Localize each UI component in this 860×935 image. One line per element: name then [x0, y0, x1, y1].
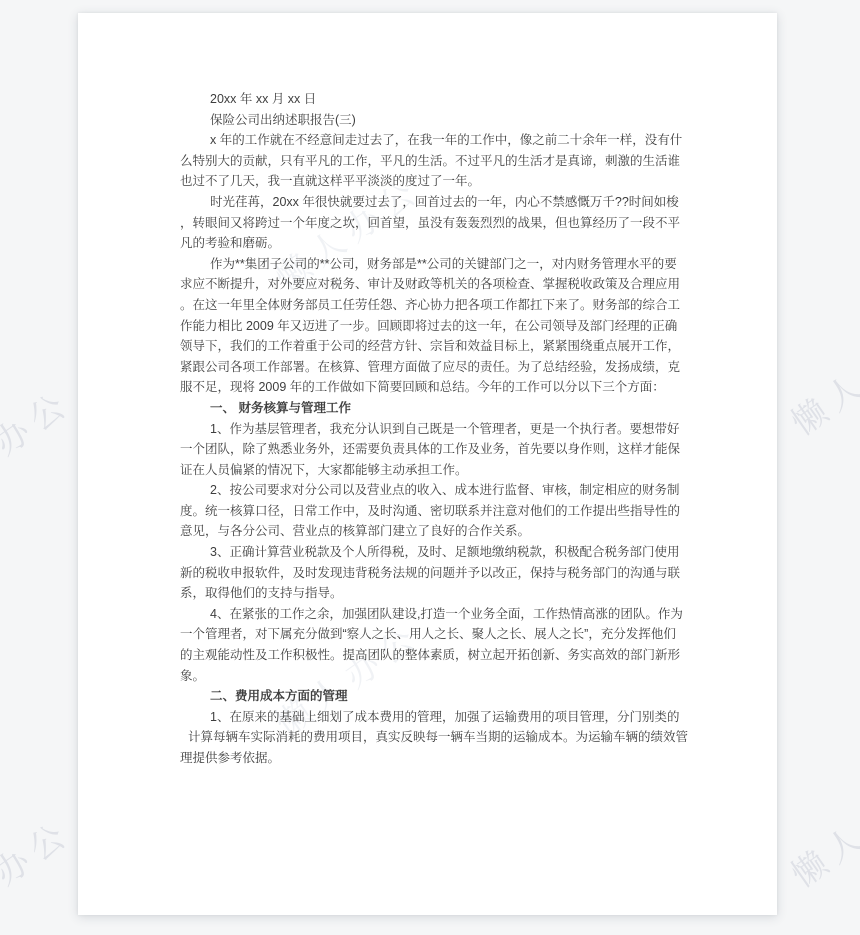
paragraph: 时光荏苒，20xx 年很快就要过去了，回首过去的一年，内心不禁感慨万千??时间如… — [180, 192, 688, 254]
paragraph: x 年的工作就在不经意间走过去了，在我一年的工作中，像之前二十余年一样，没有什么… — [180, 130, 688, 192]
paragraph: 保险公司出纳述职报告(三) — [180, 110, 688, 131]
document-body: 20xx 年 xx 月 xx 日保险公司出纳述职报告(三)x 年的工作就在不经意… — [180, 89, 688, 769]
document-page: 懒人办公 懒人办公 20xx 年 xx 月 xx 日保险公司出纳述职报告(三)x… — [78, 13, 777, 915]
paragraph: 作为**集团子公司的**公司，财务部是**公司的关键部门之一，对内财务管理水平的… — [180, 254, 688, 398]
paragraph: 4、在紧张的工作之余，加强团队建设,打造一个业务全面，工作热情高涨的团队。作为一… — [180, 604, 688, 686]
paragraph: 2、按公司要求对分公司以及营业点的收入、成本进行监督、审核，制定相应的财务制度。… — [180, 480, 688, 542]
paragraph: 1、作为基层管理者，我充分认识到自己既是一个管理者，更是一个执行者。要想带好一个… — [180, 419, 688, 481]
section-heading: 一、 财务核算与管理工作 — [180, 398, 688, 419]
paragraph: 3、正确计算营业税款及个人所得税，及时、足额地缴纳税款，积极配合税务部门使用新的… — [180, 542, 688, 604]
section-heading: 二、费用成本方面的管理 — [180, 686, 688, 707]
paragraph: 计算每辆车实际消耗的费用项目，真实反映每一辆车当期的运输成本。为运输车辆的绩效管… — [180, 727, 688, 768]
paragraph: 1、在原来的基础上细划了成本费用的管理，加强了运输费用的项目管理，分门别类的 — [180, 707, 688, 728]
paragraph: 20xx 年 xx 月 xx 日 — [180, 89, 688, 110]
